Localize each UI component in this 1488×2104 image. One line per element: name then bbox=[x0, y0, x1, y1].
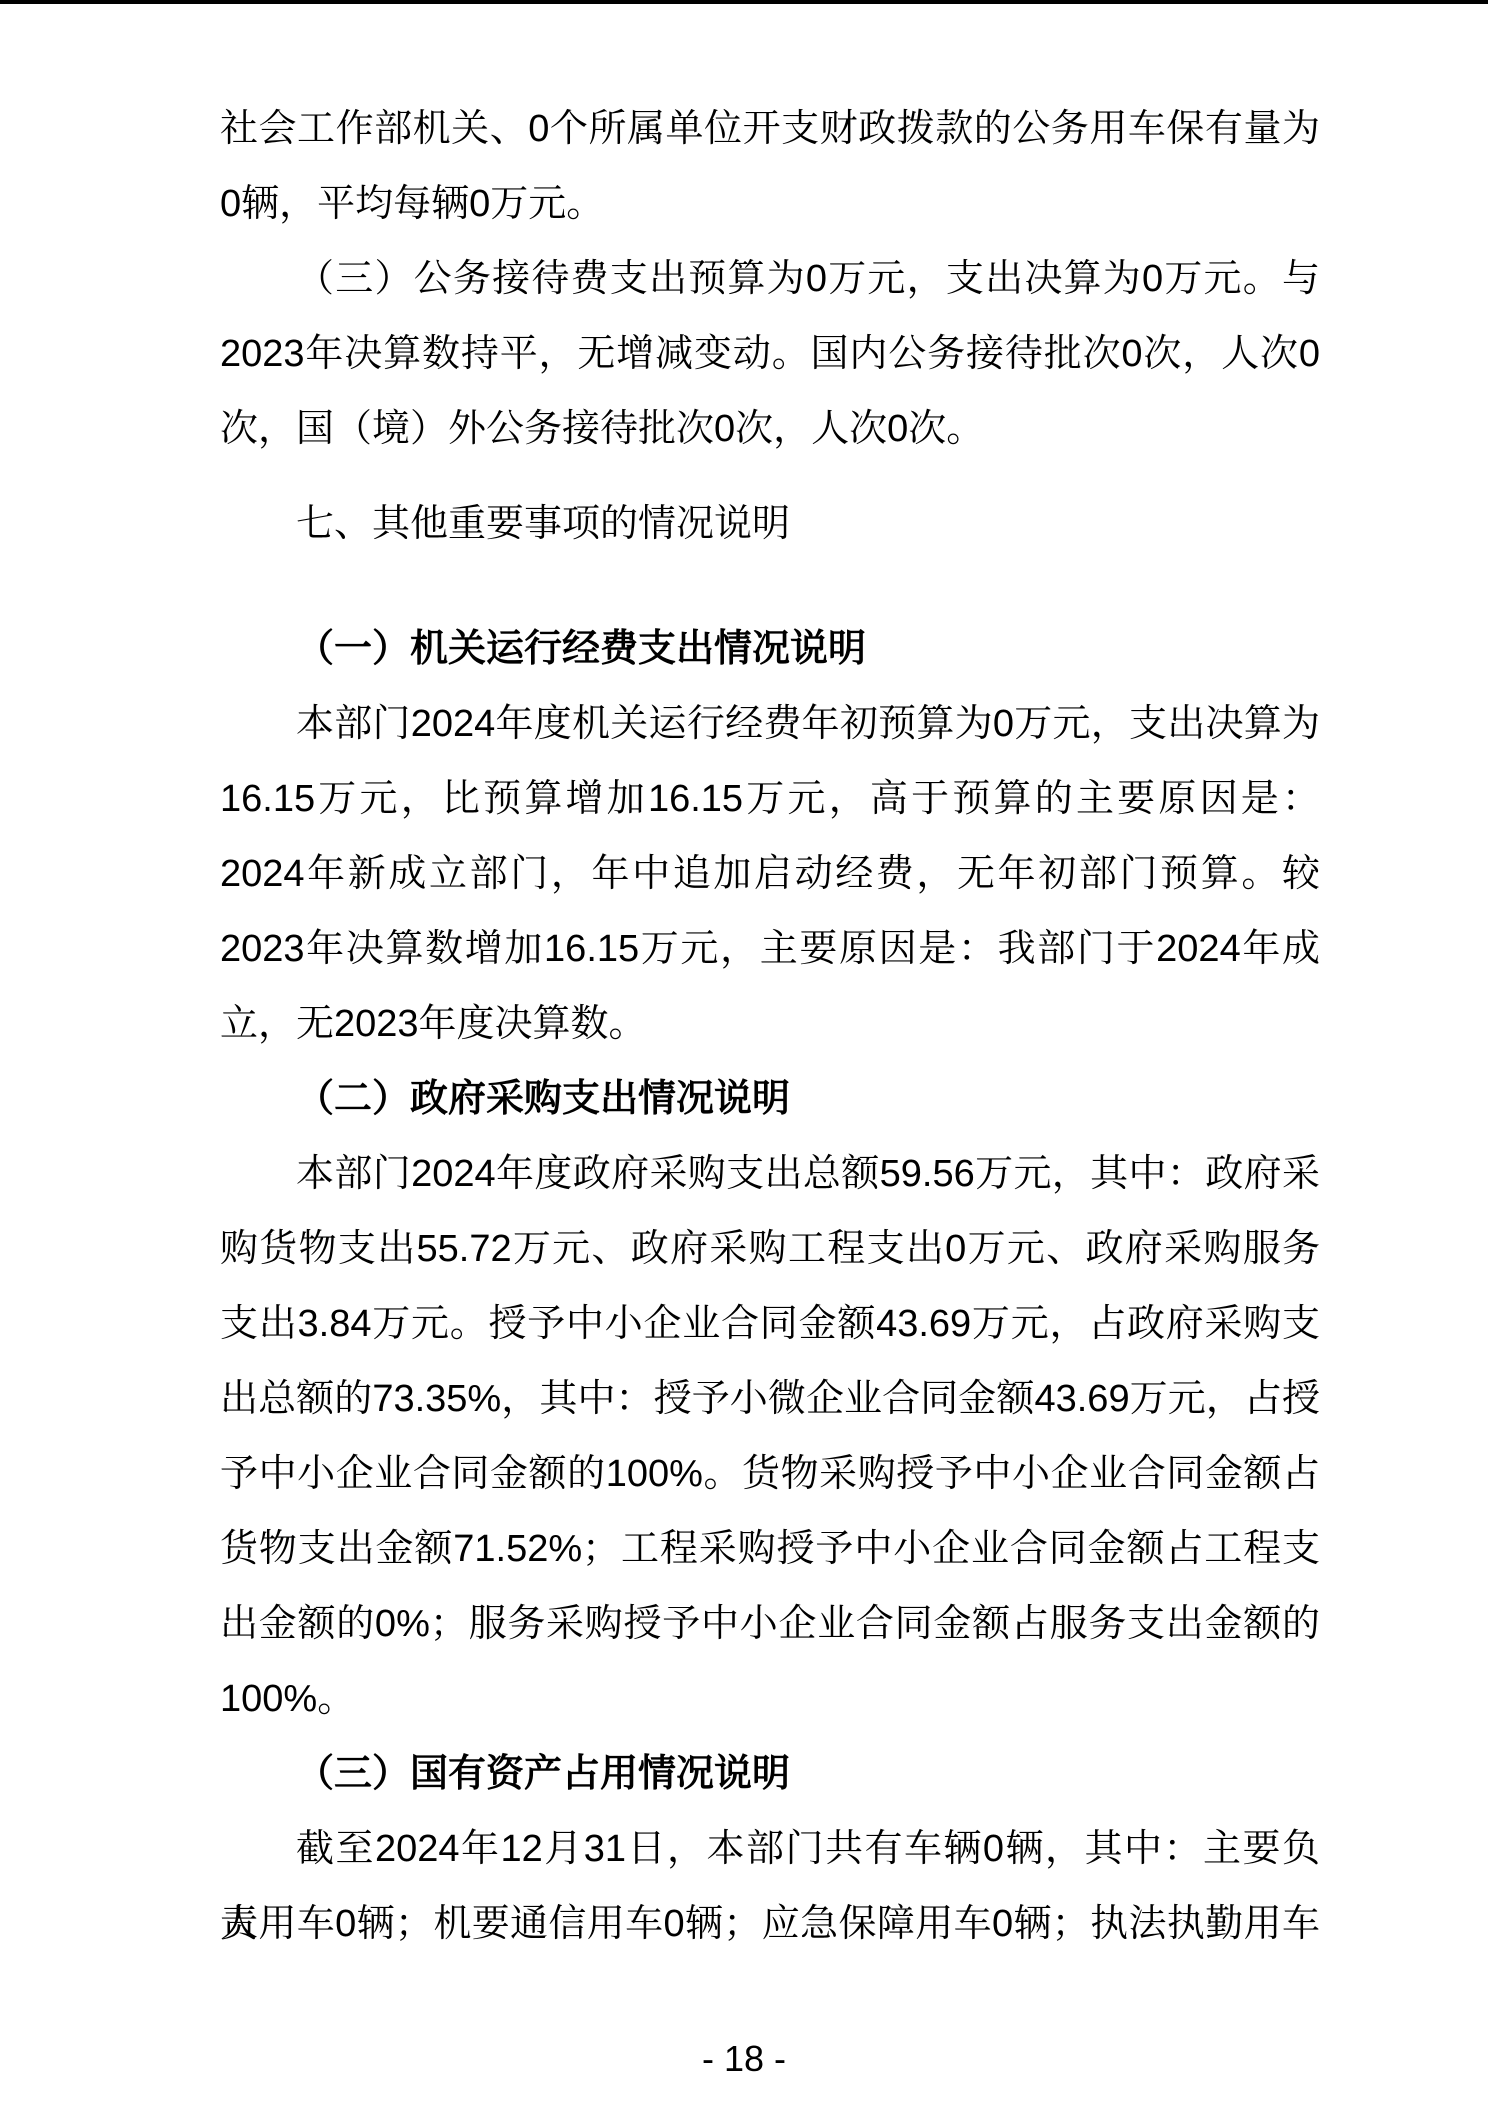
heading-text: （二）政府采购支出情况说明 bbox=[220, 1062, 1320, 1137]
heading-text: 七、其他重要事项的情况说明 bbox=[220, 487, 1320, 562]
text-line: 2023年决算数持平，无增减变动。国内公务接待批次0次，人次0 bbox=[220, 317, 1320, 392]
paragraph-block: 截至2024年12月31日，本部门共有车辆0辆，其中：主要负责人用车0辆；机要通… bbox=[220, 1812, 1320, 1962]
text-line: 支出3.84万元。授予中小企业合同金额43.69万元，占政府采购支 bbox=[220, 1287, 1320, 1362]
text-line: 人用车0辆；机要通信用车0辆；应急保障用车0辆；执法执勤用车 bbox=[220, 1887, 1320, 1962]
text-line: 次，国（境）外公务接待批次0次，人次0次。 bbox=[220, 392, 1320, 467]
text-line: 出总额的73.35%，其中：授予小微企业合同金额43.69万元，占授 bbox=[220, 1362, 1320, 1437]
text-line: 16.15万元，比预算增加16.15万元，高于预算的主要原因是： bbox=[220, 762, 1320, 837]
text-line: 本部门2024年度机关运行经费年初预算为0万元，支出决算为 bbox=[220, 687, 1320, 762]
text-line: 截至2024年12月31日，本部门共有车辆0辆，其中：主要负责 bbox=[220, 1812, 1320, 1887]
paragraph-block: 社会工作部机关、0个所属单位开支财政拨款的公务用车保有量为0辆，平均每辆0万元。 bbox=[220, 92, 1320, 242]
paragraph-block: 本部门2024年度机关运行经费年初预算为0万元，支出决算为16.15万元，比预算… bbox=[220, 687, 1320, 1062]
page-number: - 18 - bbox=[0, 2038, 1488, 2080]
text-line: 本部门2024年度政府采购支出总额59.56万元，其中：政府采 bbox=[220, 1137, 1320, 1212]
text-line: 100%。 bbox=[220, 1662, 1320, 1737]
text-line: 购货物支出55.72万元、政府采购工程支出0万元、政府采购服务 bbox=[220, 1212, 1320, 1287]
heading-block: 七、其他重要事项的情况说明 bbox=[220, 487, 1320, 562]
text-line: 0辆，平均每辆0万元。 bbox=[220, 167, 1320, 242]
text-line: 出金额的0%；服务采购授予中小企业合同金额占服务支出金额的 bbox=[220, 1587, 1320, 1662]
heading-text: （三）国有资产占用情况说明 bbox=[220, 1737, 1320, 1812]
text-line: 2023年决算数增加16.15万元，主要原因是：我部门于2024年成 bbox=[220, 912, 1320, 987]
text-line: 社会工作部机关、0个所属单位开支财政拨款的公务用车保有量为 bbox=[220, 92, 1320, 167]
heading-block: （一）机关运行经费支出情况说明 bbox=[220, 612, 1320, 687]
paragraph-block: （三）公务接待费支出预算为0万元，支出决算为0万元。与2023年决算数持平，无增… bbox=[220, 242, 1320, 467]
text-line: （三）公务接待费支出预算为0万元，支出决算为0万元。与 bbox=[220, 242, 1320, 317]
heading-block: （二）政府采购支出情况说明 bbox=[220, 1062, 1320, 1137]
heading-block: （三）国有资产占用情况说明 bbox=[220, 1737, 1320, 1812]
heading-text: （一）机关运行经费支出情况说明 bbox=[220, 612, 1320, 687]
text-line: 2024年新成立部门，年中追加启动经费，无年初部门预算。较 bbox=[220, 837, 1320, 912]
paragraph-block: 本部门2024年度政府采购支出总额59.56万元，其中：政府采购货物支出55.7… bbox=[220, 1137, 1320, 1737]
document-content: 社会工作部机关、0个所属单位开支财政拨款的公务用车保有量为0辆，平均每辆0万元。… bbox=[220, 92, 1320, 1962]
text-line: 立，无2023年度决算数。 bbox=[220, 987, 1320, 1062]
document-page: 社会工作部机关、0个所属单位开支财政拨款的公务用车保有量为0辆，平均每辆0万元。… bbox=[0, 0, 1488, 2104]
text-line: 予中小企业合同金额的100%。货物采购授予中小企业合同金额占 bbox=[220, 1437, 1320, 1512]
text-line: 货物支出金额71.52%；工程采购授予中小企业合同金额占工程支 bbox=[220, 1512, 1320, 1587]
scan-edge-top bbox=[0, 0, 1488, 4]
